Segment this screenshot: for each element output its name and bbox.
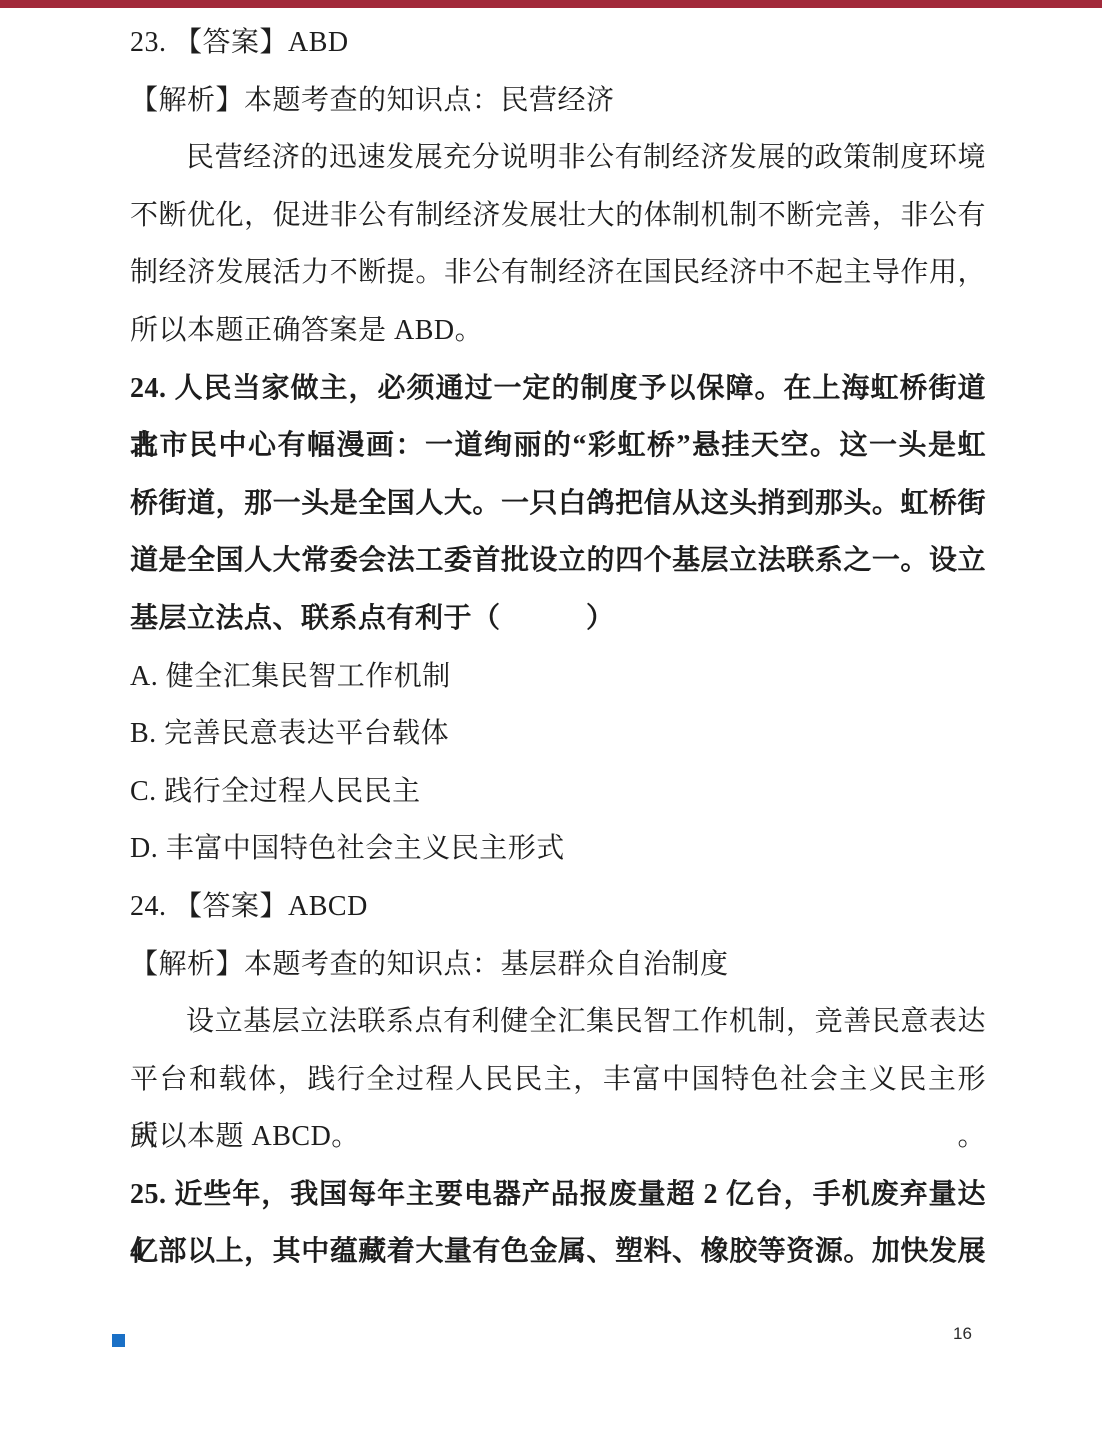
q24-option-a: A. 健全汇集民智工作机制 (130, 648, 986, 706)
q24-analysis-line: 平台和载体，践行全过程人民民主，丰富中国特色社会主义民主形式。 (130, 1051, 986, 1109)
q24-stem-line: 桥街道，那一头是全国人大。一只白鸽把信从这头捎到那头。虹桥街 (130, 475, 986, 533)
q24-option-c: C. 践行全过程人民民主 (130, 763, 986, 821)
q24-stem-line: 北市民中心有幅漫画：一道绚丽的“彩虹桥”悬挂天空。这一头是虹 (130, 417, 986, 475)
document-body: 23. 【答案】ABD 【解析】本题考查的知识点：民营经济 民营经济的迅速发展充… (130, 14, 986, 1281)
q23-analysis-line: 制经济发展活力不断提。非公有制经济在国民经济中不起主导作用， (130, 244, 986, 302)
document-page: 23. 【答案】ABD 【解析】本题考查的知识点：民营经济 民营经济的迅速发展充… (0, 0, 1102, 1443)
q24-answer-line: 24. 【答案】ABCD (130, 878, 986, 936)
q25-stem-line: 25. 近些年，我国每年主要电器产品报废量超 2 亿台，手机废弃量达 4 (130, 1166, 986, 1224)
q24-stem-line: 基层立法点、联系点有利于（ ） (130, 590, 986, 648)
q24-option-b: B. 完善民意表达平台载体 (130, 705, 986, 763)
q23-analysis-line: 不断优化，促进非公有制经济发展壮大的体制机制不断完善，非公有 (130, 187, 986, 245)
q24-stem-line: 24. 人民当家做主，必须通过一定的制度予以保障。在上海虹桥街道古 (130, 360, 986, 418)
q23-answer-line: 23. 【答案】ABD (130, 14, 986, 72)
q24-stem-line: 道是全国人大常委会法工委首批设立的四个基层立法联系之一。设立 (130, 532, 986, 590)
q24-analysis-line: 设立基层立法联系点有利健全汇集民智工作机制，竞善民意表达 (130, 993, 986, 1051)
q23-analysis-line: 所以本题正确答案是 ABD。 (130, 302, 986, 360)
q24-option-d: D. 丰富中国特色社会主义民主形式 (130, 820, 986, 878)
q23-analysis-line: 民营经济的迅速发展充分说明非公有制经济发展的政策制度环境 (130, 129, 986, 187)
top-accent-bar (0, 0, 1102, 8)
page-number: 16 (953, 1324, 972, 1344)
q23-analysis-label: 【解析】本题考查的知识点：民营经济 (130, 72, 986, 130)
footer-marker-square (112, 1334, 125, 1347)
q25-stem-line: 亿部以上，其中蕴藏着大量有色金属、塑料、橡胶等资源。加快发展 (130, 1223, 986, 1281)
q24-analysis-label: 【解析】本题考查的知识点：基层群众自治制度 (130, 936, 986, 994)
